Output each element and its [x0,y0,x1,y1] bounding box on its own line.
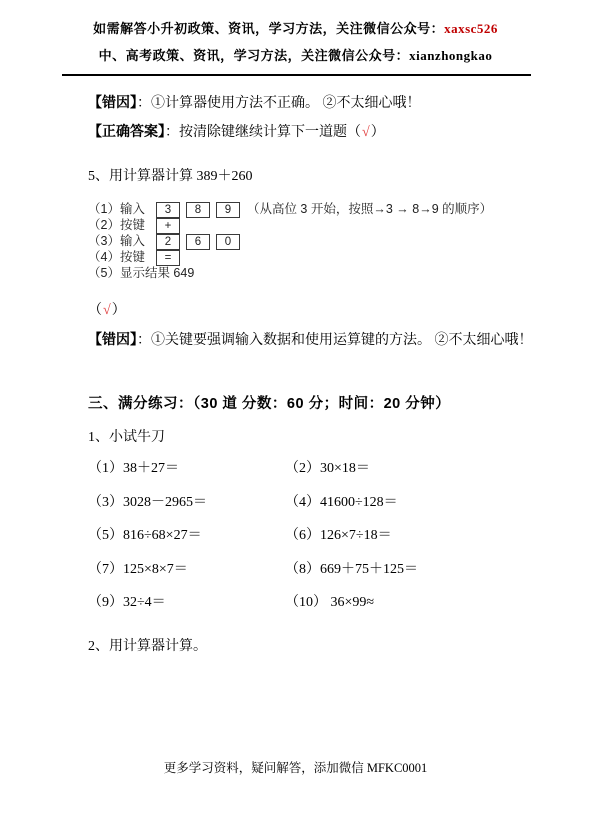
page-footer: 更多学习资料，疑问解答，添加微信 MFKC0001 [0,758,591,776]
correct-answer-text: ：按清除键继续计算下一道题（ [165,125,361,140]
wechat-account-2: xianzhongkao [409,48,492,63]
calculator-steps: （1）输入389（从高位 3 开始，按照→3 → 8→9 的顺序） （2）按键+… [88,201,551,281]
exercise-grid: （1）38＋27＝ （2）30×18＝ （3）3028－2965＝ （4）416… [88,460,551,628]
error-reason-2: 【错因】：①关键要强调输入数据和使用运算键的方法。 ②不太细心哦！ [88,332,551,350]
document-body: 【错因】：①计算器使用方法不正确。 ②不太细心哦！ 【正确答案】：按清除键继续计… [88,95,551,656]
calc-step-1: （1）输入389（从高位 3 开始，按照→3 → 8→9 的顺序） [88,201,551,217]
exercise-item: （10） 36×99≈ [285,594,551,612]
page-header: 如需解答小升初政策、资讯，学习方法，关注微信公众号：xaxsc526 中、高考政… [0,0,591,76]
header-line-2-text: 中、高考政策、资讯，学习方法，关注微信公众号： [99,48,410,63]
standalone-check-line: （√） [88,302,551,320]
calc-step-2: （2）按键+ [88,217,551,233]
correct-answer-line: 【正确答案】：按清除键继续计算下一道题（√） [88,124,551,142]
header-divider [62,74,531,76]
calc-step-2-prefix: （2）按键 [88,218,145,232]
subsection-2-title: 2、用计算器计算。 [88,638,551,656]
header-line-1-text: 如需解答小升初政策、资讯，学习方法，关注微信公众号： [93,21,444,36]
calc-key: 2 [156,234,180,250]
check-close-paren: ） [112,303,126,318]
calc-key: 6 [186,234,210,250]
calc-key-equals: = [156,250,180,266]
exercise-item: （4）41600÷128＝ [285,494,551,512]
subsection-1-title: 1、小试牛刀 [88,429,551,447]
calc-step-1-note: （从高位 3 开始，按照→3 → 8→9 的顺序） [247,202,492,216]
calc-key-plus: + [156,218,180,234]
calc-key: 9 [216,202,240,218]
error-reason-1: 【错因】：①计算器使用方法不正确。 ②不太细心哦！ [88,95,551,113]
calc-key: 8 [186,202,210,218]
error-reason-2-label: 【错因】 [88,333,137,348]
section-3-title: 三、满分练习：（30 道 分数：60 分；时间：20 分钟） [88,395,551,413]
exercise-item: （9）32÷4＝ [88,594,285,612]
wechat-account-1: xaxsc526 [444,21,498,36]
document-page: 如需解答小升初政策、资讯，学习方法，关注微信公众号：xaxsc526 中、高考政… [0,0,591,824]
error-reason-1-text: ：①计算器使用方法不正确。 ②不太细心哦！ [137,96,421,111]
error-reason-2-text: ：①关键要强调输入数据和使用运算键的方法。 ②不太细心哦！ [137,333,533,348]
correct-answer-label: 【正确答案】 [88,125,165,140]
calc-step-5: （5）显示结果 649 [88,265,551,281]
calc-step-3-prefix: （3）输入 [88,234,145,248]
exercise-item: （2）30×18＝ [285,460,551,478]
checkmark-icon: √ [361,125,371,140]
exercise-item: （6）126×7÷18＝ [285,527,551,545]
exercise-item: （7）125×8×7＝ [88,561,285,579]
header-line-1: 如需解答小升初政策、资讯，学习方法，关注微信公众号：xaxsc526 [0,20,591,38]
exercise-item: （1）38＋27＝ [88,460,285,478]
calc-step-1-prefix: （1）输入 [88,202,145,216]
error-reason-1-label: 【错因】 [88,96,137,111]
exercise-item: （5）816÷68×27＝ [88,527,285,545]
calc-step-4: （4）按键= [88,249,551,265]
exercise-item: （8）669＋75＋125＝ [285,561,551,579]
calc-key: 3 [156,202,180,218]
exercise-item: （3）3028－2965＝ [88,494,285,512]
question-5-title: 5、用计算器计算 389＋260 [88,168,551,186]
calc-step-3: （3）输入260 [88,233,551,249]
calc-step-5-prefix: （5）显示结果 649 [88,266,194,280]
check-open-paren: （ [88,303,102,318]
header-line-2: 中、高考政策、资讯，学习方法，关注微信公众号：xianzhongkao [0,47,591,65]
correct-answer-close: ） [371,125,385,140]
checkmark-icon: √ [102,303,112,318]
calc-step-4-prefix: （4）按键 [88,250,145,264]
calc-key: 0 [216,234,240,250]
